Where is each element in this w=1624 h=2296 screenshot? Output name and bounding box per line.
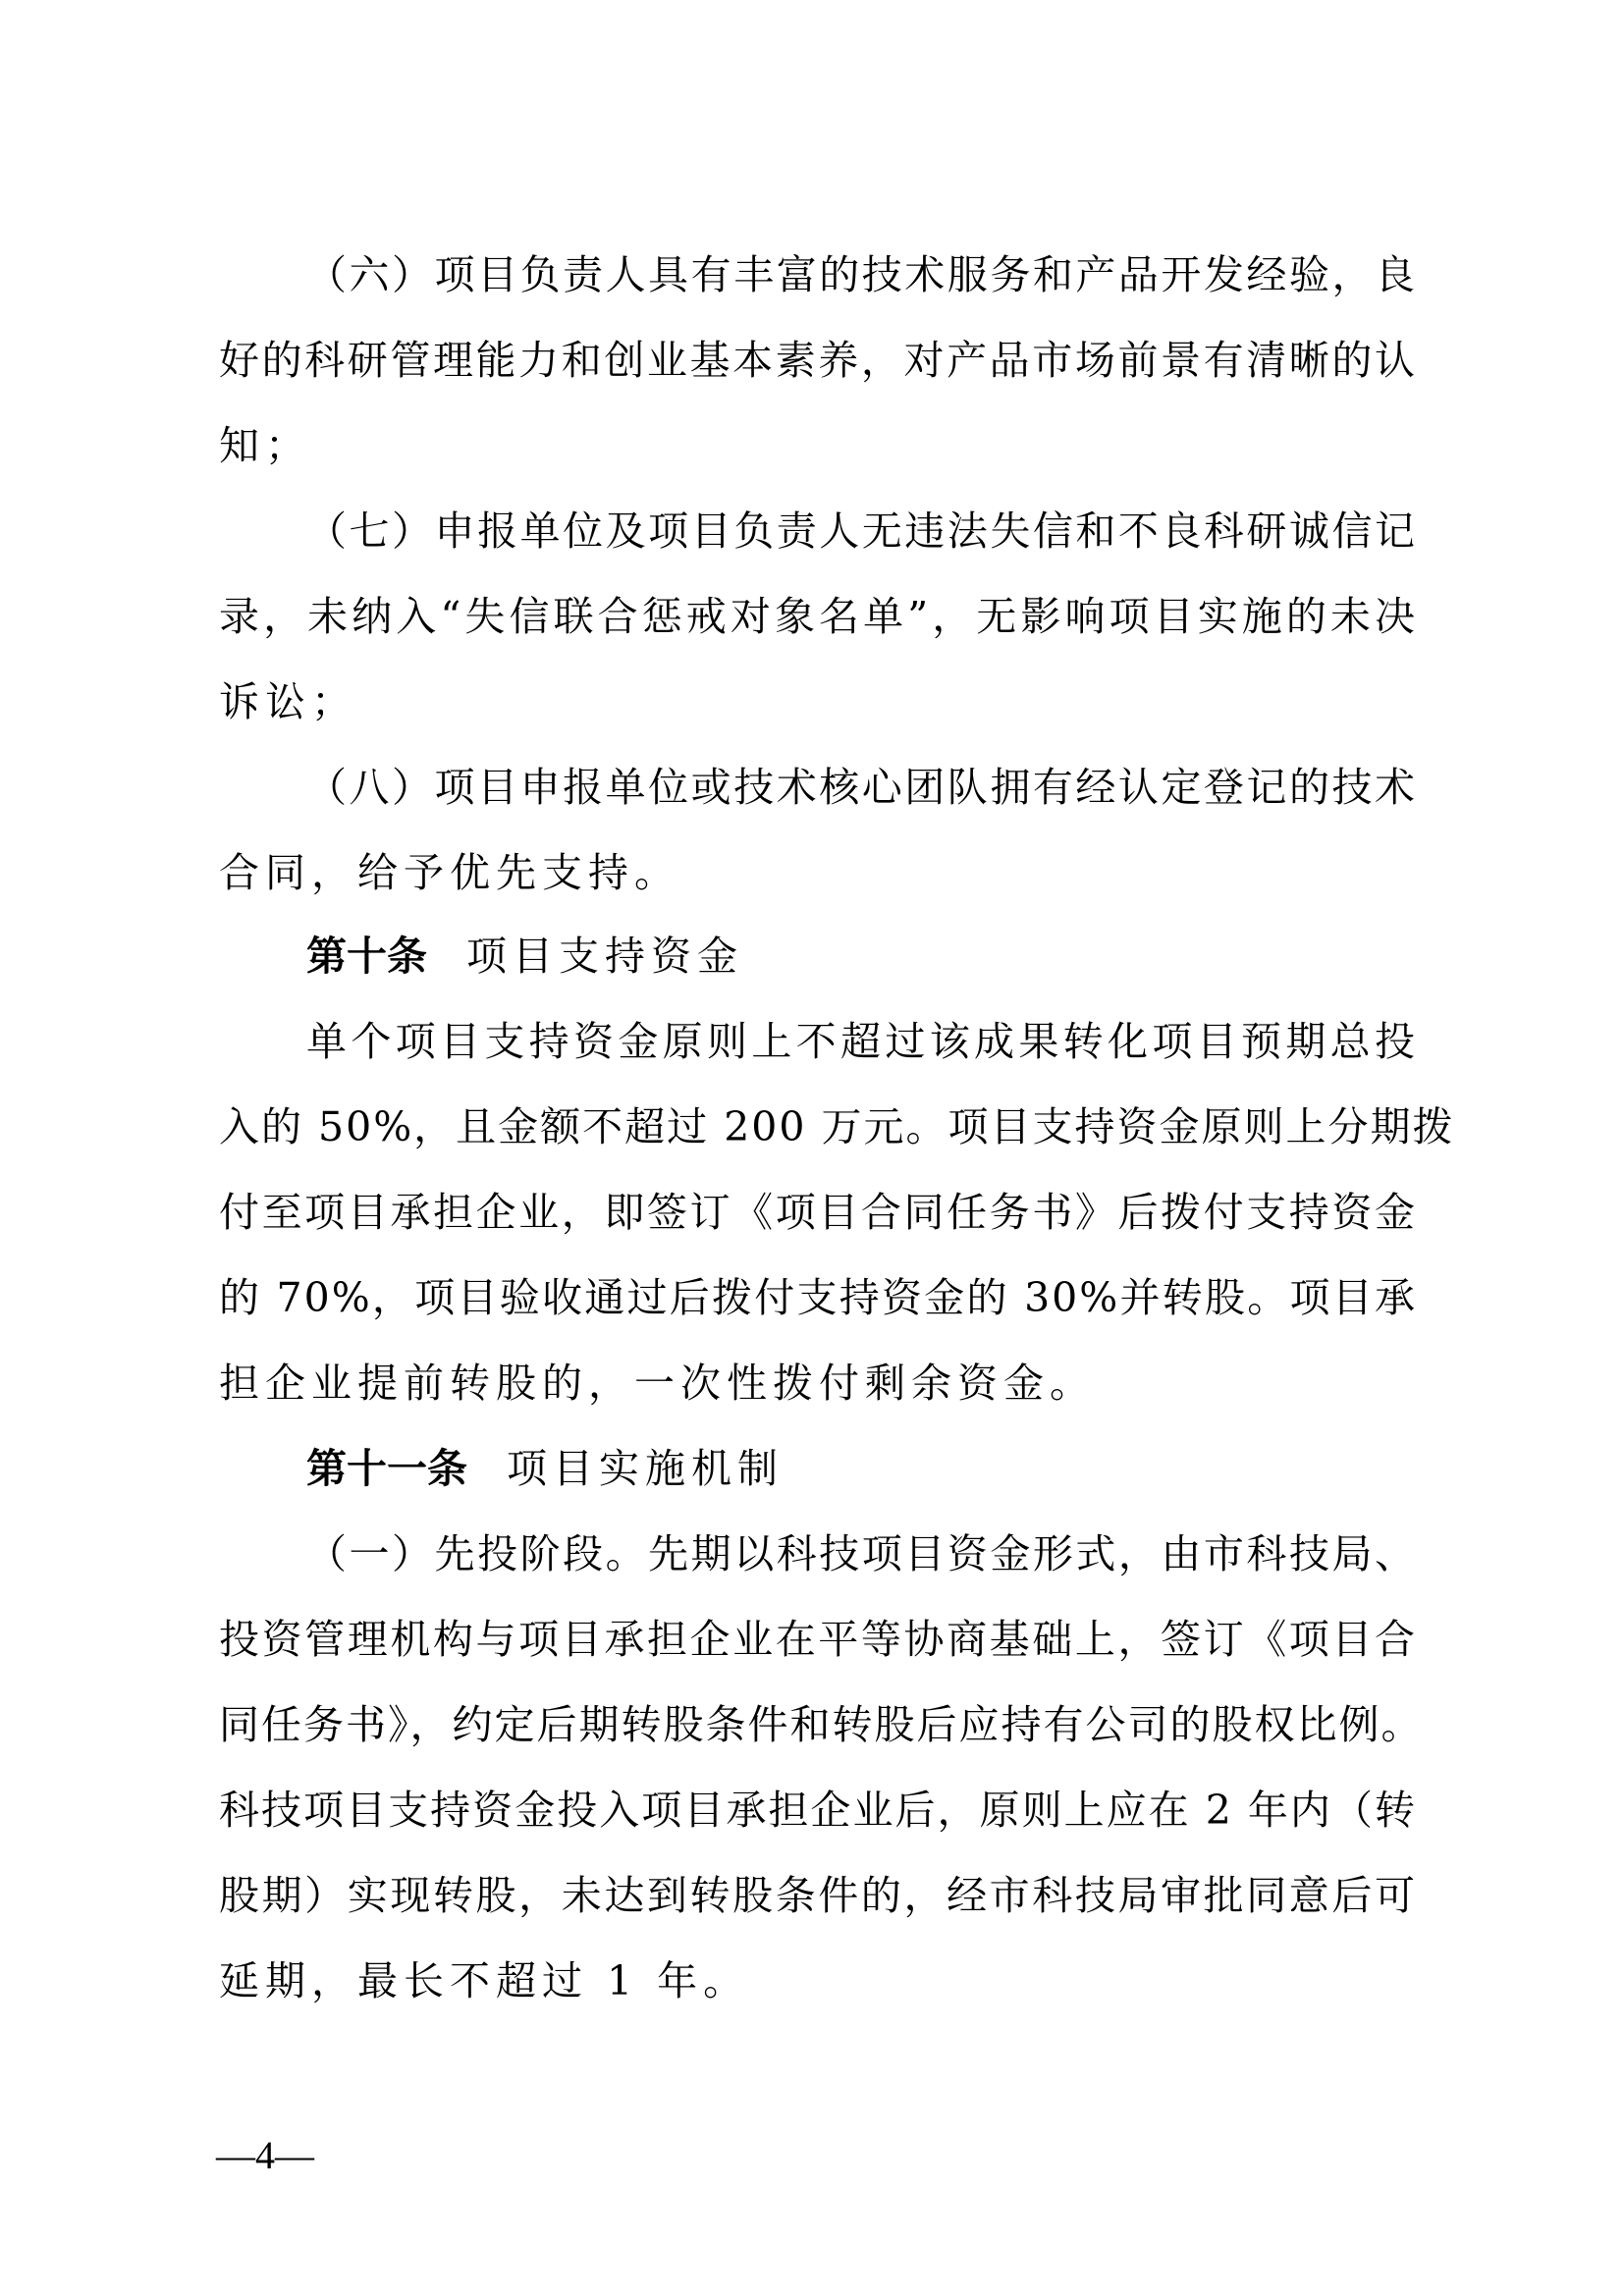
- paragraph-item-6-line-1: （六）项目负责人具有丰富的技术服务和产品开发经验，良: [306, 251, 1417, 298]
- paragraph-item-8-line-1: （八）项目申报单位或技术核心团队拥有经认定登记的技术: [306, 764, 1417, 811]
- article-11-number: 第十一条: [306, 1445, 467, 1492]
- paragraph-item-8-line-2: 合同，给予优先支持。: [219, 849, 1417, 896]
- article-10-body-line-2: 入的 50%，且金额不超过 200 万元。项目支持资金原则上分期拨: [219, 1103, 1417, 1150]
- article-11-item-1-line-3: 同任务书》，约定后期转股条件和转股后应持有公司的股权比例。: [219, 1701, 1417, 1748]
- article-11-item-1-line-5: 股期）实现转股，未达到转股条件的，经市科技局审批同意后可: [219, 1872, 1417, 1919]
- article-11-title: 项目实施机制: [507, 1445, 784, 1492]
- paragraph-item-7-line-1: （七）申报单位及项目负责人无违法失信和不良科研诚信记: [306, 507, 1417, 555]
- article-11-item-1-line-1: （一）先投阶段。先期以科技项目资金形式，由市科技局、: [306, 1530, 1417, 1577]
- paragraph-item-6-line-3: 知；: [219, 422, 1417, 469]
- article-11-heading: 第十一条项目实施机制: [306, 1445, 784, 1492]
- article-10-body-line-1: 单个项目支持资金原则上不超过该成果转化项目预期总投: [306, 1018, 1417, 1065]
- article-10-heading: 第十条项目支持资金: [306, 933, 743, 980]
- article-10-body-line-4: 的 70%，项目验收通过后拨付支持资金的 30%并转股。项目承: [219, 1274, 1417, 1321]
- paragraph-item-7-line-2: 录，未纳入“失信联合惩戒对象名单”，无影响项目实施的未决: [219, 593, 1417, 640]
- document-page: （六）项目负责人具有丰富的技术服务和产品开发经验，良 好的科研管理能力和创业基本…: [0, 0, 1624, 2296]
- paragraph-item-6-line-2: 好的科研管理能力和创业基本素养，对产品市场前景有清晰的认: [219, 337, 1417, 384]
- page-number: —4—: [216, 2132, 314, 2179]
- article-10-title: 项目支持资金: [466, 933, 743, 980]
- article-10-number: 第十条: [306, 933, 427, 980]
- article-11-item-1-line-4: 科技项目支持资金投入项目承担企业后，原则上应在 2 年内（转: [219, 1787, 1417, 1834]
- article-10-body-line-5: 担企业提前转股的，一次性拨付剩余资金。: [219, 1360, 1417, 1407]
- paragraph-item-7-line-3: 诉讼；: [219, 678, 1417, 725]
- article-11-item-1-line-6: 延期，最长不超过 1 年。: [219, 1957, 1417, 2004]
- article-11-item-1-line-2: 投资管理机构与项目承担企业在平等协商基础上，签订《项目合: [219, 1616, 1417, 1663]
- article-10-body-line-3: 付至项目承担企业，即签订《项目合同任务书》后拨付支持资金: [219, 1189, 1417, 1236]
